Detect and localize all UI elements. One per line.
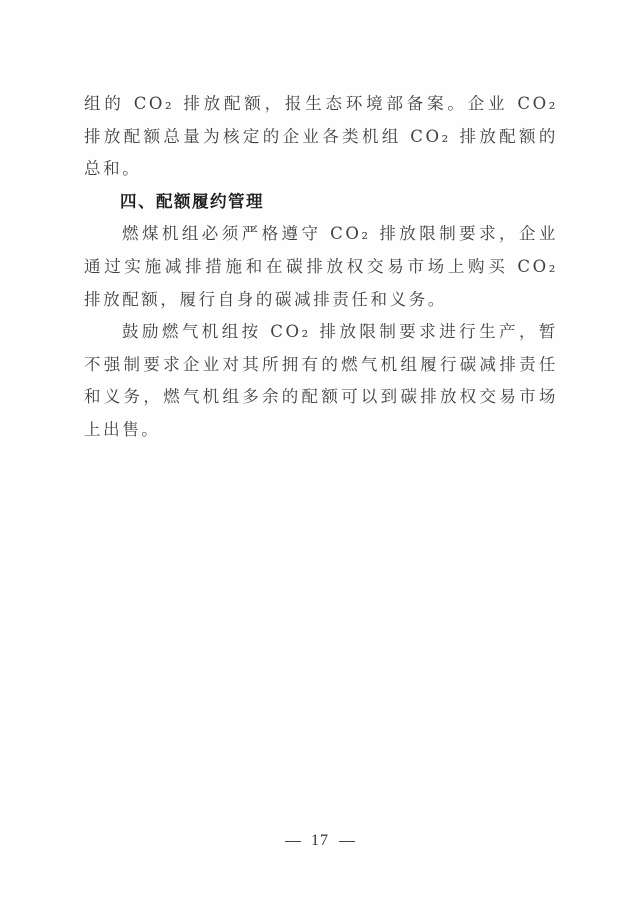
paragraph-gas-units: 鼓励燃气机组按 CO₂ 排放限制要求进行生产，暂不强制要求企业对其所拥有的燃气机…	[84, 316, 558, 446]
section-heading: 四、配额履约管理	[84, 186, 558, 219]
paragraph-coal-units: 燃煤机组必须严格遵守 CO₂ 排放限制要求，企业通过实施减排措施和在碳排放权交易…	[84, 218, 558, 316]
paragraph-continuation: 组的 CO₂ 排放配额，报生态环境部备案。企业 CO₂ 排放配额总量为核定的企业…	[84, 88, 558, 186]
dash-right	[339, 841, 355, 842]
dash-left	[285, 841, 301, 842]
page-number: 17	[311, 832, 329, 849]
page-footer: 17	[0, 832, 640, 850]
document-page: 组的 CO₂ 排放配额，报生态环境部备案。企业 CO₂ 排放配额总量为核定的企业…	[0, 0, 640, 905]
page-content: 组的 CO₂ 排放配额，报生态环境部备案。企业 CO₂ 排放配额总量为核定的企业…	[84, 88, 558, 447]
